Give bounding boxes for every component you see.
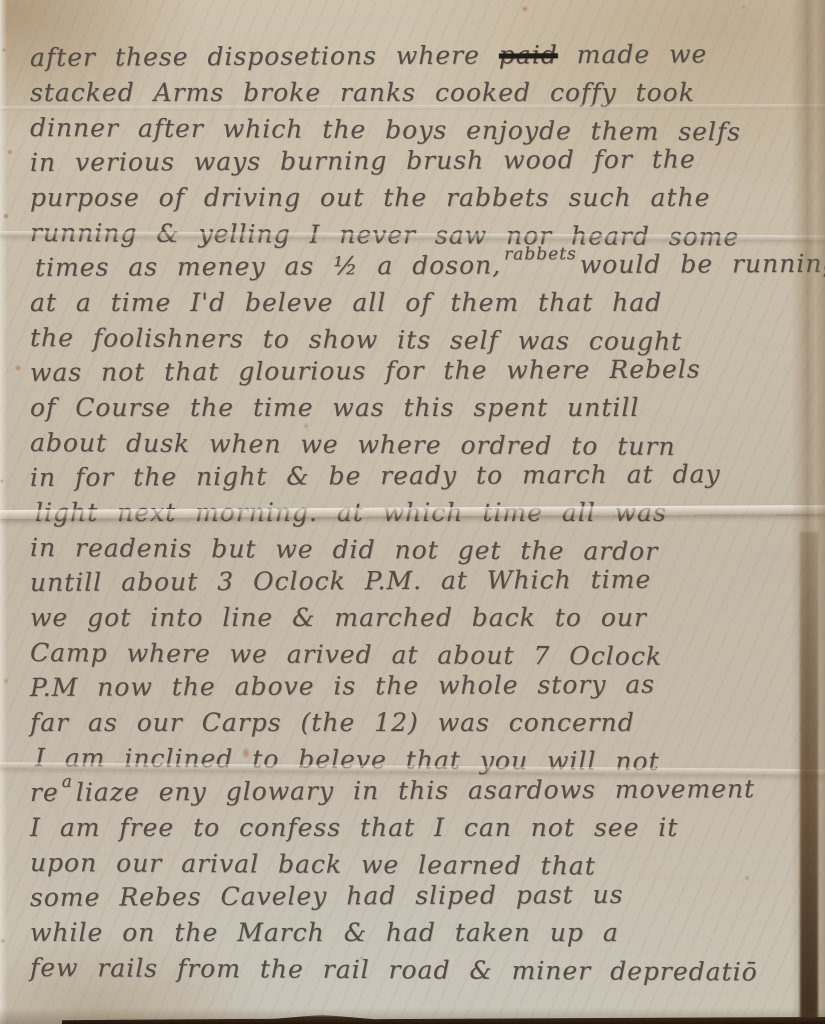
letter-text: in readenis but we did not get the ardor	[30, 533, 658, 566]
letter-line: realiaze eny glowary in this asardows mo…	[30, 771, 789, 810]
letter-text: in verious ways burning brush wood for t…	[30, 145, 696, 177]
page-bottom-shadow	[0, 1008, 825, 1024]
letter-line: untill about 3 Oclock P.M. at Which time	[30, 561, 789, 600]
letter-text: some Rebes Caveley had sliped past us	[30, 880, 624, 912]
letter-text: we got into line & marched back to our	[30, 603, 647, 632]
letter-line: of Course the time was this spent untill	[30, 390, 789, 425]
letter-text: stacked Arms broke ranks cooked coffy to…	[30, 78, 695, 107]
letter-line: times as meney as ½ a doson,rabbetswould…	[30, 246, 789, 285]
letter-text: made we	[558, 39, 708, 69]
letter-line: in verious ways burning brush wood for t…	[30, 141, 789, 180]
letter-text: after these disposetions where	[30, 41, 499, 72]
letter-line: in for the night & be ready to march at …	[30, 456, 789, 495]
letter-text: untill about 3 Oclock P.M. at Which time	[30, 565, 651, 597]
letter-scan-page: after these disposetions where paid made…	[0, 0, 825, 1024]
letter-line: at a time I'd beleve all of them that ha…	[30, 285, 789, 320]
page-right-edge	[791, 0, 825, 1024]
strikethrough-word: paid	[499, 40, 558, 69]
letter-text: would be running	[580, 249, 825, 279]
letter-text: at a time I'd beleve all of them that ha…	[30, 288, 662, 317]
letter-line: stacked Arms broke ranks cooked coffy to…	[30, 75, 789, 110]
letter-line: few rails from the rail road & miner dep…	[30, 950, 789, 990]
letter-text: liaze eny glowary in this asardows movem…	[76, 774, 755, 807]
letter-line: we got into line & marched back to our	[30, 600, 789, 635]
letter-text: was not that glourious for the where Reb…	[30, 354, 701, 387]
letter-text: the foolishners to show its self was cou…	[30, 323, 682, 356]
letter-line: P.M now the above is the whole story as	[30, 666, 789, 705]
letter-text: about dusk when we where ordred to turn	[30, 428, 676, 461]
letter-line: purpose of driving out the rabbets such …	[30, 180, 789, 215]
letter-text: light next morning. at which time all wa…	[35, 498, 667, 527]
letter-text: few rails from the rail road & miner dep…	[30, 953, 758, 986]
letter-text: far as our Carps (the 12) was concernd	[30, 708, 635, 737]
page-left-edge	[0, 0, 7, 1024]
letter-text: Camp where we arived at about 7 Oclock	[30, 638, 662, 671]
letter-text: in for the night & be ready to march at …	[30, 459, 721, 492]
letter-text: upon our arival back we learned that	[30, 848, 596, 880]
inserted-word-above-line: a	[62, 777, 73, 787]
letter-text: of Course the time was this spent untill	[30, 393, 639, 422]
letter-line: light next morning. at which time all wa…	[30, 495, 789, 530]
page-bottom-edge	[62, 1014, 825, 1024]
letter-line: while on the March & had taken up a	[30, 915, 789, 950]
letter-text: purpose of driving out the rabbets such …	[30, 183, 710, 212]
letter-text: times as meney as ½ a doson,	[35, 251, 501, 282]
page-right-edge-shadow	[800, 532, 818, 1024]
letter-line: was not that glourious for the where Reb…	[30, 351, 789, 390]
letter-text: I am inclined to beleve that you will no…	[35, 743, 660, 776]
inserted-word-above-line: rabbets	[504, 249, 577, 259]
letter-line: I am free to confess that I can not see …	[30, 810, 789, 845]
letter-line: some Rebes Caveley had sliped past us	[30, 876, 789, 915]
letter-text: re	[30, 778, 59, 807]
letter-line: far as our Carps (the 12) was concernd	[30, 705, 789, 740]
letter-body: after these disposetions where paid made…	[30, 40, 789, 985]
letter-line: after these disposetions where paid made…	[30, 36, 789, 75]
letter-text: P.M now the above is the whole story as	[30, 670, 655, 702]
letter-text: while on the March & had taken up a	[30, 918, 619, 947]
letter-text: I am free to confess that I can not see …	[30, 813, 678, 842]
